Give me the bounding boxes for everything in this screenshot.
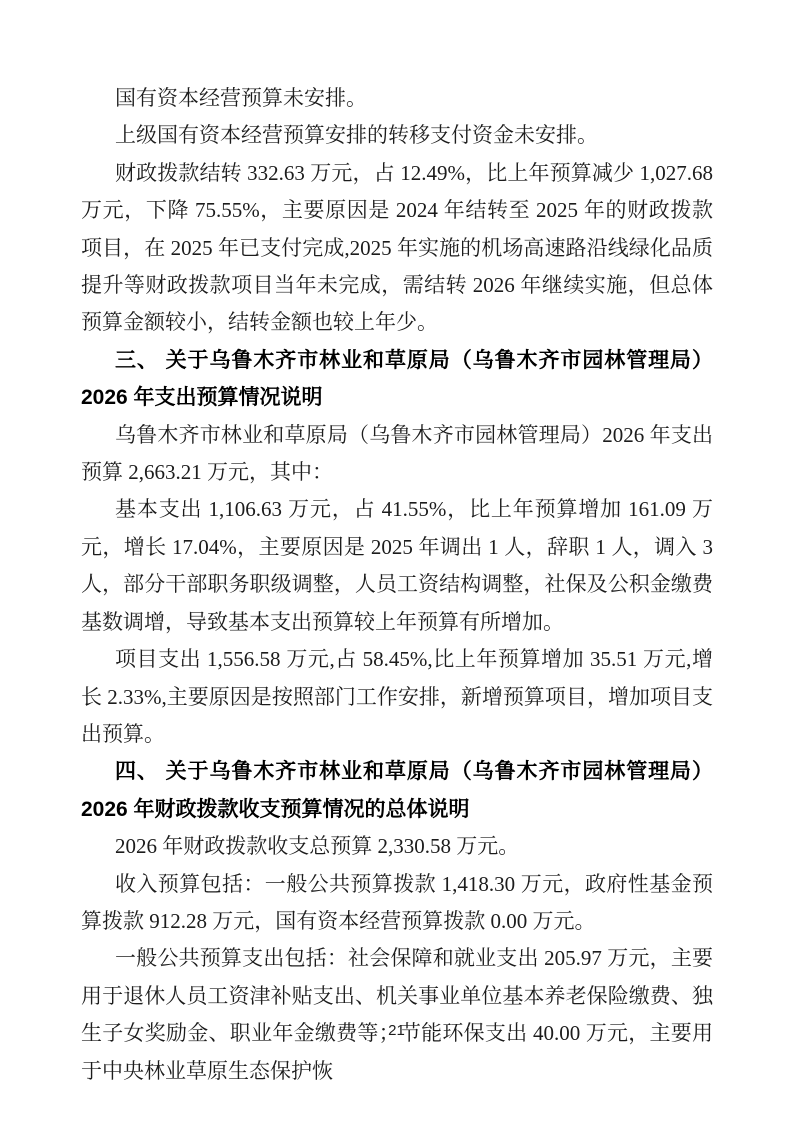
section-heading: 四、 关于乌鲁木齐市林业和草原局（乌鲁木齐市园林管理局）2026 年财政拨款收支… xyxy=(81,753,713,828)
paragraph: 财政拨款结转 332.63 万元，占 12.49%，比上年预算减少 1,027.… xyxy=(81,155,713,342)
page-number: 21 xyxy=(0,1022,793,1039)
paragraph: 基本支出 1,106.63 万元，占 41.55%，比上年预算增加 161.09… xyxy=(81,491,713,641)
paragraph: 上级国有资本经营预算安排的转移支付资金未安排。 xyxy=(81,117,713,154)
paragraph: 项目支出 1,556.58 万元,占 58.45%,比上年预算增加 35.51 … xyxy=(81,641,713,753)
paragraph: 乌鲁木齐市林业和草原局（乌鲁木齐市园林管理局）2026 年支出预算 2,663.… xyxy=(81,417,713,492)
paragraph: 2026 年财政拨款收支总预算 2,330.58 万元。 xyxy=(81,828,713,865)
section-heading: 三、 关于乌鲁木齐市林业和草原局（乌鲁木齐市园林管理局）2026 年支出预算情况… xyxy=(81,342,713,417)
paragraph: 一般公共预算支出包括：社会保障和就业支出 205.97 万元，主要用于退休人员工… xyxy=(81,940,713,1090)
document-page: 国有资本经营预算未安排。上级国有资本经营预算安排的转移支付资金未安排。财政拨款结… xyxy=(0,0,793,1122)
paragraph: 国有资本经营预算未安排。 xyxy=(81,80,713,117)
document-body: 国有资本经营预算未安排。上级国有资本经营预算安排的转移支付资金未安排。财政拨款结… xyxy=(81,80,713,1090)
paragraph: 收入预算包括：一般公共预算拨款 1,418.30 万元，政府性基金预算拨款 91… xyxy=(81,866,713,941)
